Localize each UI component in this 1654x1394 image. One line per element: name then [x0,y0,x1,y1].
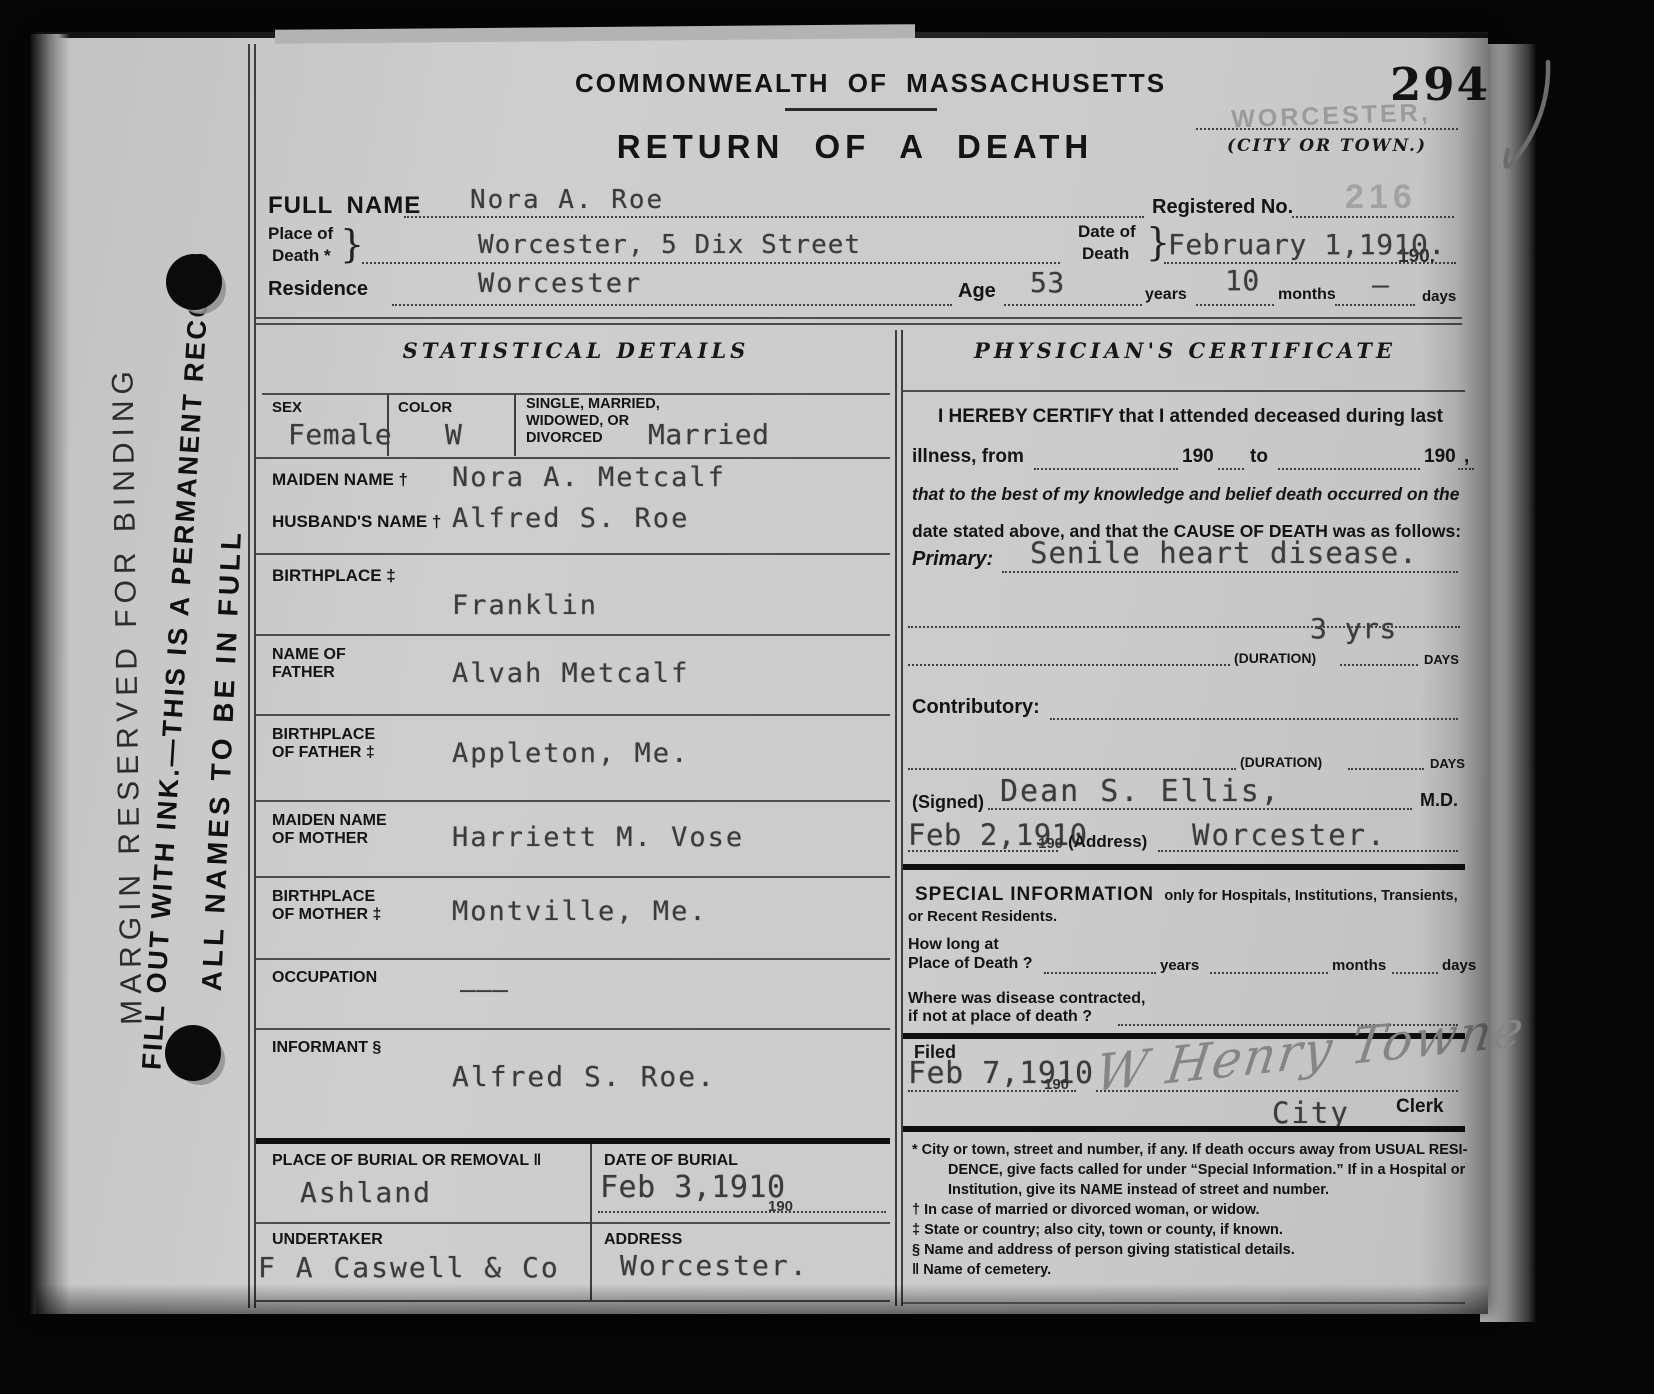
place-of-death-label-1: Place of [268,224,333,244]
date-of-death-value: February 1,1910. [1168,228,1446,261]
burial-date-preprint: 190 [768,1198,793,1215]
father-birthplace-label-2: OF FATHER ‡ [272,744,375,762]
marital-label-3: DIVORCED [526,430,603,446]
return-of-death-title: RETURN OF A DEATH [600,128,1110,166]
age-years-value: 53 [1030,266,1065,299]
full-name-line [404,216,1144,218]
father-birthplace-label-1: BIRTHPLACE [272,726,375,744]
primary-line [1002,571,1458,573]
birthplace-label: BIRTHPLACE ‡ [272,566,396,586]
footnote-1c: Institution, give its NAME instead of st… [948,1182,1329,1198]
certify-line-2b: 190 [1182,446,1214,468]
special-title-rest: only for Hospitals, Institutions, Transi… [1164,888,1457,904]
place-of-death-value: Worcester, 5 Dix Street [478,230,861,260]
mother-name-label-1: MAIDEN NAME [272,812,387,830]
marital-label-1: SINGLE, MARRIED, [526,396,660,412]
residence-line [392,304,952,306]
row-line-2 [256,553,890,555]
row-line-1 [256,457,890,459]
full-name-value: Nora A. Roe [470,185,664,215]
mother-birthplace-value: Montville, Me. [452,896,708,927]
undertaker-address-label: ADDRESS [604,1231,682,1249]
informant-label: INFORMANT § [272,1039,381,1057]
contributory-line [1050,718,1458,720]
undertaker-value: F A Caswell & Co [258,1251,560,1284]
commonwealth-title: COMMONWEALTH OF MASSACHUSETTS [575,68,1135,99]
place-of-death-label-2: Death * [272,246,331,266]
duration-line-1b [1340,664,1418,666]
margin-rule-inner [254,44,256,1308]
footnote-3: ‡ State or country; also city, town or c… [912,1222,1283,1238]
certify-line-2-dots-1 [1034,468,1178,470]
scanned-death-certificate: MARGIN RESERVED FOR BINDING FILL OUT WIT… [0,0,1654,1394]
date-of-death-label-2: Death [1082,244,1129,264]
marital-value: Married [648,418,770,451]
column-divider-b [901,330,903,1306]
age-days-line [1335,304,1415,306]
page-curl-shadow [1420,34,1488,1314]
full-name-label: FULL NAME [268,192,421,220]
mother-birthplace-label-1: BIRTHPLACE [272,888,375,906]
father-name-value: Alvah Metcalf [452,658,689,689]
father-name-label-1: NAME OF [272,646,346,664]
special-title-line-2: or Recent Residents. [908,908,1057,925]
burial-date-label: DATE OF BURIAL [604,1152,738,1170]
statistical-details-title: STATISTICAL DETAILS [262,338,890,363]
where-contracted-label-1: Where was disease contracted, [908,990,1145,1008]
burial-place-label: PLACE OF BURIAL OR REMOVAL ‖ [272,1152,541,1170]
footnote-1a: * City or town, street and number, if an… [912,1142,1467,1158]
burial-date-line [598,1211,886,1213]
age-label: Age [958,280,996,303]
date-brace: } [1146,220,1170,264]
residence-value: Worcester [478,268,642,299]
footnote-4: § Name and address of person giving stat… [912,1242,1295,1258]
father-name-label-2: FATHER [272,664,335,682]
date-of-death-label-1: Date of [1078,222,1136,242]
double-rule-b [256,323,1462,325]
certify-line-3: that to the best of my knowledge and bel… [912,484,1459,505]
duration-value: 3 yrs [1310,612,1397,645]
maiden-name-label: MAIDEN NAME † [272,470,408,490]
contributory-label: Contributory: [912,696,1040,719]
undertaker-label: UNDERTAKER [272,1231,383,1249]
row-line-6 [256,876,890,878]
husband-name-value: Alfred S. Roe [452,503,689,534]
checkmark-icon [1498,52,1562,182]
duration-line-2b [1348,768,1424,770]
place-brace: } [340,222,364,266]
age-months-value: 10 [1225,264,1260,297]
row-line-3 [256,634,890,636]
special-title: SPECIAL INFORMATION [915,884,1154,905]
signed-label: (Signed) [912,792,984,813]
primary-value: Senile heart disease. [1030,536,1418,570]
years-label: years [1145,286,1187,304]
double-rule-a [256,317,1462,319]
city-value: City [1272,1096,1350,1130]
sign-date-line [908,850,1058,852]
birthplace-value: Franklin [452,590,598,621]
age-months-line [1196,304,1274,306]
margin-rule-outer [248,44,250,1308]
physician-certificate-title: PHYSICIAN'S CERTIFICATE [903,338,1467,363]
special-years-label: years [1160,957,1199,974]
color-label: COLOR [398,399,452,416]
punch-hole-bottom [165,1025,221,1081]
physician-address-value: Worcester. [1192,818,1387,852]
burial-cell-divider [590,1144,592,1222]
mother-name-value: Harriett M. Vose [452,822,744,853]
color-marital-divider [514,394,516,456]
row-line-8 [256,1028,890,1030]
city-dotted-line [1196,128,1458,130]
place-of-death-line [362,262,1060,264]
duration-label-1: (DURATION) [1234,650,1316,666]
special-heavy-rule [903,864,1465,870]
row-line-9 [256,1222,890,1224]
father-birthplace-value: Appleton, Me. [452,738,689,769]
signed-value: Dean S. Ellis, [1000,774,1281,809]
certify-line-2-dots-3 [1278,468,1420,470]
filed-preprint: 190 [1044,1076,1069,1093]
city-or-town-label: (CITY OR TOWN.) [1196,136,1458,156]
duration-label-2: (DURATION) [1240,754,1322,770]
mother-name-label-2: OF MOTHER [272,830,368,848]
column-divider-a [895,330,897,1306]
burial-place-value: Ashland [300,1176,432,1209]
primary-label: Primary: [912,548,993,571]
row-line-5 [256,800,890,802]
how-long-label-1: How long at [908,936,999,954]
punch-hole-top [166,254,222,310]
how-long-label-2: Place of Death ? [908,955,1032,973]
stat-title-rule [262,393,890,395]
months-label: months [1278,286,1336,304]
age-years-line [1004,304,1142,306]
duration-line-2 [908,768,1236,770]
footnote-5: ‖ Name of cemetery. [912,1262,1051,1278]
burial-date-value: Feb 3,1910 [600,1170,786,1205]
torn-left-edge [30,34,70,1314]
title-rule [785,108,937,111]
undertaker-address-value: Worcester. [620,1249,809,1282]
occupation-value: ——— [460,975,508,1005]
certify-line-2-dots-2 [1218,468,1244,470]
mother-birthplace-label-2: OF MOTHER ‡ [272,906,381,924]
certify-line-2c: to [1250,446,1268,468]
registered-no-label: Registered No. [1152,196,1293,219]
maiden-name-value: Nora A. Metcalf [452,462,726,493]
sex-value: Female [288,418,392,451]
footnote-2: † In case of married or divorced woman, … [912,1202,1260,1218]
informant-value: Alfred S. Roe. [452,1060,716,1093]
certify-line-1: I HEREBY CERTIFY that I attended decease… [938,406,1443,428]
duration-line-1 [908,664,1230,666]
row-line-7 [256,958,890,960]
footnote-heavy-rule [903,1126,1465,1132]
bottom-edge-shadow [36,1284,1488,1314]
special-title-row: SPECIAL INFORMATION only for Hospitals, … [915,884,1463,906]
residence-label: Residence [268,278,368,301]
age-days-value: – [1372,268,1389,301]
how-long-dots-1 [1044,972,1156,974]
underlying-page-edge [1480,44,1536,1322]
registered-no-value: 216 [1345,178,1417,217]
footnote-1b: DENCE, give facts called for under “Spec… [948,1162,1465,1178]
occupation-label: OCCUPATION [272,969,377,987]
physician-address-label: (Address) [1068,832,1147,852]
husband-name-label: HUSBAND'S NAME † [272,512,441,532]
marital-label-2: WIDOWED, OR [526,413,629,429]
special-months-label: months [1332,957,1386,974]
sex-label: SEX [272,399,302,416]
burial-heavy-rule [256,1138,890,1144]
certify-line-2a: illness, from [912,446,1024,468]
color-value: W [445,418,462,451]
where-contracted-label-2: if not at place of death ? [908,1008,1092,1026]
how-long-dots-2 [1210,972,1328,974]
sign-date-preprint: 190 [1038,835,1063,852]
phys-title-rule [903,390,1465,392]
row-line-4 [256,714,890,716]
